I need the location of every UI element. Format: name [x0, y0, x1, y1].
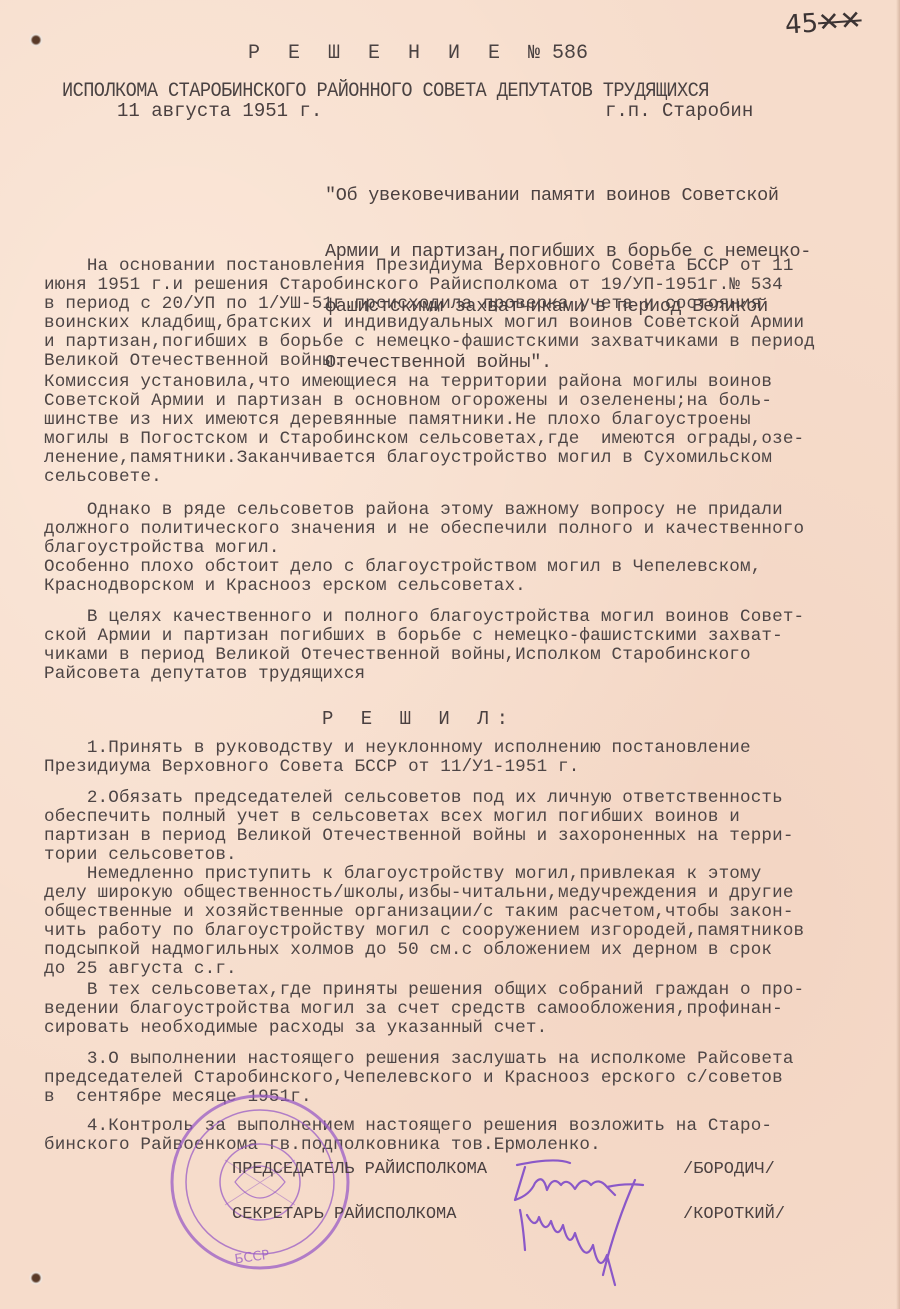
text-line: до 25 августа с.г.: [44, 960, 237, 979]
text-line: воинских кладбищ,братских и индивидуальн…: [44, 314, 804, 333]
text-line: председателей Старобинского,Чепелевского…: [44, 1069, 783, 1088]
text-line: могилы в Погостском и Старобинском сельс…: [44, 430, 804, 449]
text-line: должного политического значения и не обе…: [44, 520, 804, 539]
secretary-title: СЕКРЕТАРЬ РАЙИСПОЛКОМА: [232, 1205, 456, 1224]
secretary-name: /КОРОТКИЙ/: [683, 1205, 785, 1224]
document-page: 45✕✕ Р Е Ш Е Н И Е № 586 ИСПОЛКОМА СТАРО…: [0, 0, 900, 1309]
text-line: Комиссия установила,что имеющиеся на тер…: [44, 373, 772, 392]
text-line: общественные и хозяйственные организации…: [44, 903, 794, 922]
document-date: 11 августа 1951 г.: [117, 100, 322, 122]
text-line: Великой Отечественной войны.: [44, 352, 344, 371]
handwritten-signatures-icon: [495, 1155, 685, 1305]
text-line: благоустройства могил.: [44, 539, 280, 558]
subject-line: Отечественной войны".: [325, 354, 811, 373]
text-line: В тех сельсоветах,где приняты решения об…: [44, 981, 804, 1000]
text-line: Однако в ряде сельсоветов района этому в…: [44, 501, 783, 520]
resolved-heading: Р Е Ш И Л:: [322, 708, 516, 730]
text-line: подсыпкой надмогильных холмов до 50 см.с…: [44, 941, 772, 960]
hole-punch-bottom: [29, 1271, 43, 1285]
text-line: Немедленно приступить к благоустройству …: [44, 865, 761, 884]
text-line: На основании постановления Президиума Ве…: [44, 257, 794, 276]
text-line: чиками в период Великой Отечественной во…: [44, 646, 751, 665]
text-line: 4.Контроль за выполнением настоящего реш…: [44, 1117, 772, 1136]
text-line: сельсовете.: [44, 468, 162, 487]
text-line: В целях качественного и полного благоуст…: [44, 608, 804, 627]
text-line: Райсовета депутатов трудящихся: [44, 665, 365, 684]
text-line: июня 1951 г.и решения Старобинского Райи…: [44, 276, 783, 295]
text-line: тории сельсоветов.: [44, 846, 237, 865]
official-stamp-icon: БССР: [165, 1090, 355, 1275]
text-line: Советской Армии и партизан в основном ог…: [44, 392, 772, 411]
text-line: 3.О выполнении настоящего решения заслуш…: [44, 1050, 794, 1069]
text-line: Особенно плохо обстоит дело с благоустро…: [44, 558, 761, 577]
text-line: ленение,памятники.Заканчивается благоуст…: [44, 449, 772, 468]
chairman-title: ПРЕДСЕДАТЕЛЬ РАЙИСПОЛКОМА: [232, 1160, 487, 1179]
text-line: ской Армии и партизан погибших в борьбе …: [44, 627, 783, 646]
text-line: Краснодворском и Краснооз ерском сельсов…: [44, 577, 526, 596]
text-line: сировать необходимые расходы за указанны…: [44, 1019, 547, 1038]
text-line: партизан в период Великой Отечественной …: [44, 827, 794, 846]
text-line: делу широкую общественность/школы,избы-ч…: [44, 884, 794, 903]
text-line: обеспечить полный учет в сельсоветах все…: [44, 808, 740, 827]
subject-line: "Об увековечивании памяти воинов Советск…: [325, 187, 811, 206]
document-title: Р Е Ш Е Н И Е № 586: [248, 42, 588, 65]
chairman-name: /БОРОДИЧ/: [683, 1160, 775, 1179]
hole-punch-top: [29, 33, 43, 47]
text-line: 2.Обязать председателей сельсоветов под …: [44, 789, 783, 808]
text-line: 1.Принять в руководству и неуклонному ис…: [44, 739, 751, 758]
document-place: г.п. Старобин: [605, 100, 753, 122]
handwritten-page-mark: 45✕✕: [784, 5, 863, 40]
text-line: в период с 20/УП по 1/УШ-51г.проиcходила…: [44, 295, 761, 314]
text-line: Президиума Верховного Совета БССР от 11/…: [44, 758, 579, 777]
text-line: ведении благоустройства могил за счет ср…: [44, 1000, 783, 1019]
text-line: чить работу по благоустройству могил с с…: [44, 922, 804, 941]
paper-edge: [896, 0, 900, 1309]
text-line: и партизан,погибших в борьбе с немецко-ф…: [44, 333, 815, 352]
text-line: шинстве из них имеются деревянные памятн…: [44, 411, 751, 430]
